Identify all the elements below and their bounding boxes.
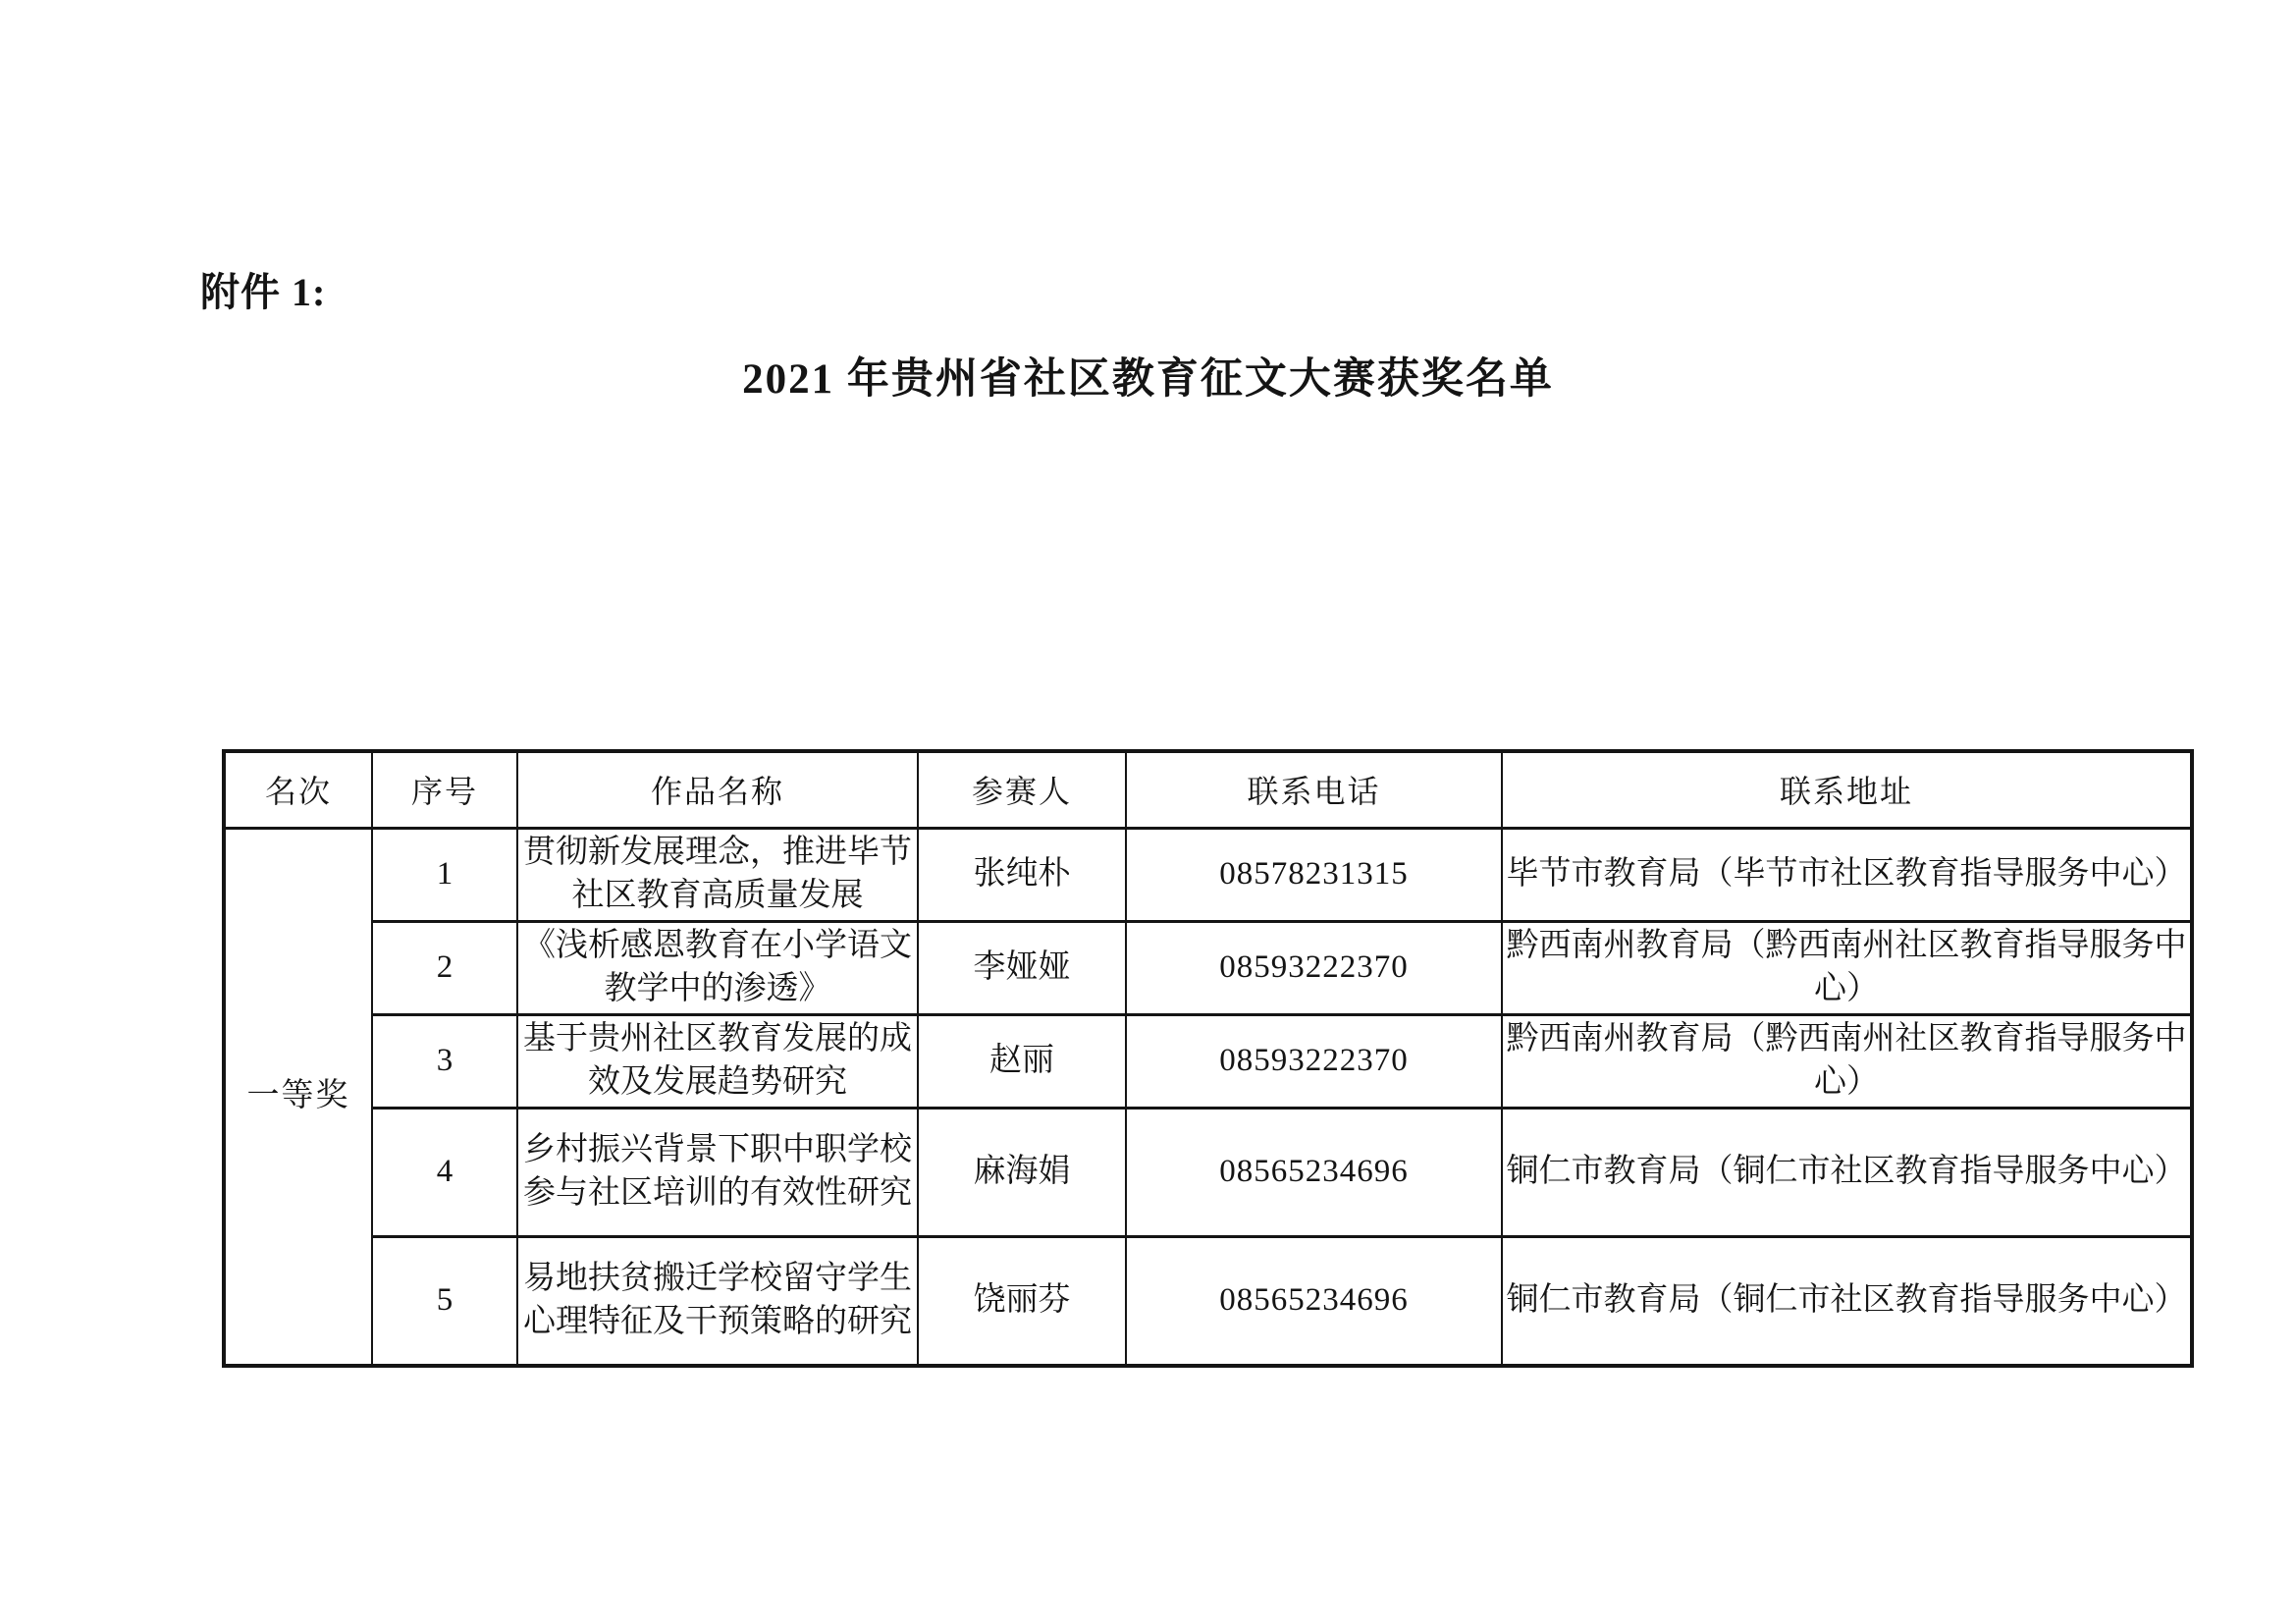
row-number: 3 [372,1014,517,1108]
phone-number: 08578231315 [1126,828,1502,921]
table-row: 一等奖 1 贯彻新发展理念，推进毕节社区教育高质量发展 张纯朴 08578231… [224,828,2192,921]
header-row: 名次 序号 作品名称 参赛人 联系电话 联系地址 [224,751,2192,828]
row-number: 5 [372,1236,517,1366]
phone-number: 08565234696 [1126,1236,1502,1366]
contact-address: 铜仁市教育局（铜仁市社区教育指导服务中心） [1502,1236,2192,1366]
work-title: 易地扶贫搬迁学校留守学生心理特征及干预策略的研究 [517,1236,918,1366]
attachment-label: 附件 1: [200,261,326,317]
participant-name: 李娅娅 [918,921,1126,1014]
work-title: 基于贵州社区教育发展的成效及发展趋势研究 [517,1014,918,1108]
awards-table: 名次 序号 作品名称 参赛人 联系电话 联系地址 一等奖 1 贯彻新发展理念，推… [222,749,2194,1368]
phone-number: 08565234696 [1126,1108,1502,1236]
work-title: 《浅析感恩教育在小学语文教学中的渗透》 [517,921,918,1014]
column-header-work-title: 作品名称 [517,751,918,828]
work-title: 乡村振兴背景下职中职学校参与社区培训的有效性研究 [517,1108,918,1236]
contact-address: 毕节市教育局（毕节市社区教育指导服务中心） [1502,828,2192,921]
table-row: 4 乡村振兴背景下职中职学校参与社区培训的有效性研究 麻海娟 085652346… [224,1108,2192,1236]
table-row: 3 基于贵州社区教育发展的成效及发展趋势研究 赵丽 08593222370 黔西… [224,1014,2192,1108]
participant-name: 张纯朴 [918,828,1126,921]
row-number: 2 [372,921,517,1014]
work-title: 贯彻新发展理念，推进毕节社区教育高质量发展 [517,828,918,921]
column-header-rank: 名次 [224,751,372,828]
column-header-phone: 联系电话 [1126,751,1502,828]
row-number: 4 [372,1108,517,1236]
column-header-address: 联系地址 [1502,751,2192,828]
document-title: 2021 年贵州省社区教育征文大赛获奖名单 [0,346,2296,406]
table-row: 2 《浅析感恩教育在小学语文教学中的渗透》 李娅娅 08593222370 黔西… [224,921,2192,1014]
contact-address: 黔西南州教育局（黔西南州社区教育指导服务中心） [1502,921,2192,1014]
document-page: 附件 1: 2021 年贵州省社区教育征文大赛获奖名单 名次 序号 作品名称 参… [0,0,2296,1624]
participant-name: 赵丽 [918,1014,1126,1108]
participant-name: 饶丽芬 [918,1236,1126,1366]
rank-cell: 一等奖 [224,828,372,1366]
contact-address: 铜仁市教育局（铜仁市社区教育指导服务中心） [1502,1108,2192,1236]
phone-number: 08593222370 [1126,921,1502,1014]
participant-name: 麻海娟 [918,1108,1126,1236]
contact-address: 黔西南州教育局（黔西南州社区教育指导服务中心） [1502,1014,2192,1108]
column-header-participant: 参赛人 [918,751,1126,828]
column-header-number: 序号 [372,751,517,828]
phone-number: 08593222370 [1126,1014,1502,1108]
table-row: 5 易地扶贫搬迁学校留守学生心理特征及干预策略的研究 饶丽芬 085652346… [224,1236,2192,1366]
row-number: 1 [372,828,517,921]
